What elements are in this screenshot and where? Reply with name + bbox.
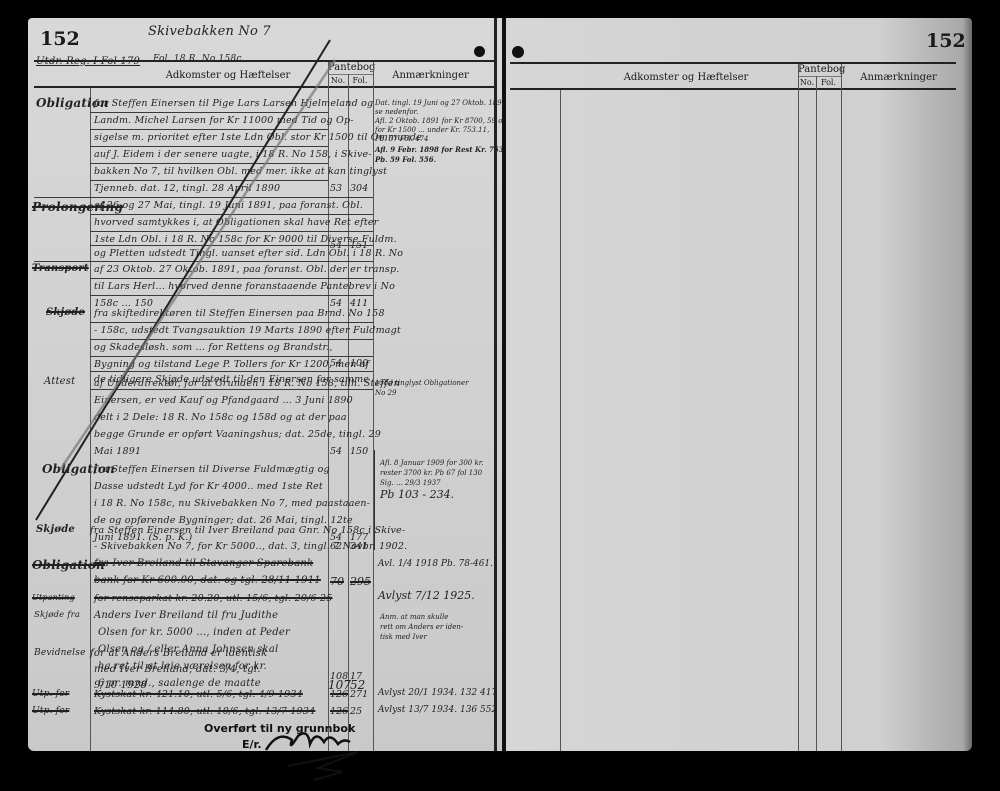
right-ledger-page: 152 Adkomster og Hæftelser Pantebog No. …	[506, 18, 972, 751]
header-anmaerkninger: Anmærkninger	[841, 72, 956, 83]
label-column-line	[560, 90, 561, 751]
no-column-line	[798, 64, 799, 751]
header-bottom-rule	[510, 88, 956, 90]
right-page-number: 152	[926, 30, 966, 52]
header-no: No.	[798, 78, 816, 87]
remarks-column-line	[841, 64, 842, 751]
header-fol: Fol.	[816, 78, 841, 87]
header-adkomster: Adkomster og Hæftelser	[566, 72, 806, 83]
header-pantebog: Pantebog	[798, 64, 841, 75]
header-top-rule	[510, 62, 956, 64]
binding-hole-icon	[512, 46, 524, 58]
pantebog-split-rule	[798, 76, 841, 77]
fol-column-line	[816, 76, 817, 751]
